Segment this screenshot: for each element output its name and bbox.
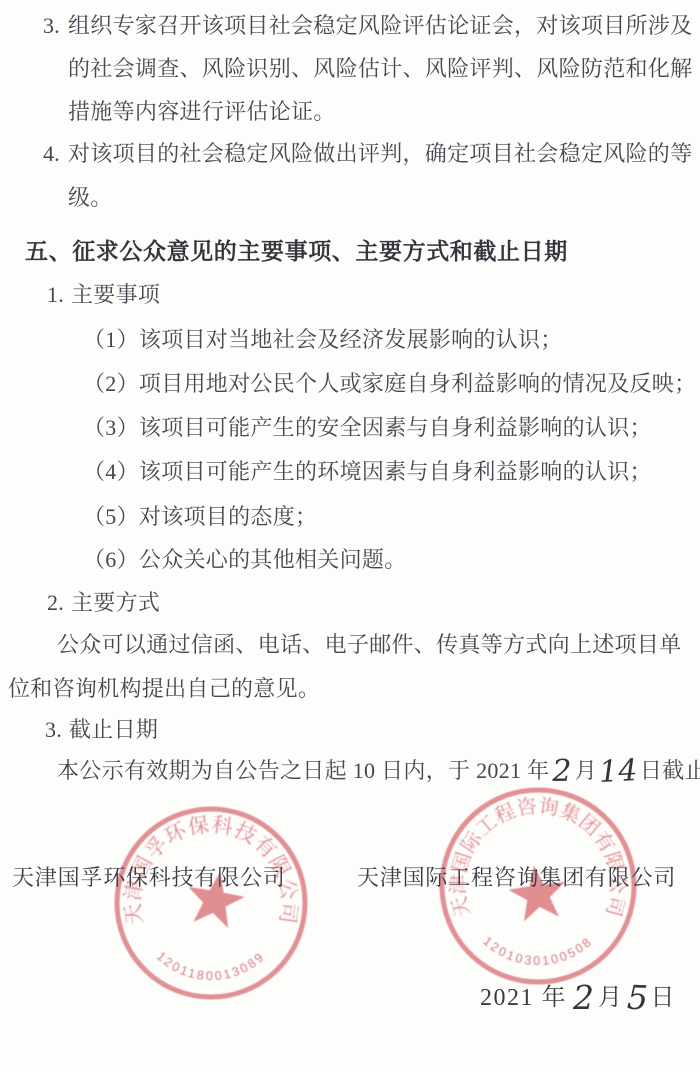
point-3: （3）该项目可能产生的安全因素与自身利益影响的认识； — [83, 414, 652, 442]
document-page: 3.组织专家召开该项目社会稳定风险评估论证会，对该项目所涉及 的社会调查、风险识… — [0, 0, 700, 1072]
list-item-text: 对该项目的社会稳定风险做出评判，确定项目社会稳定风险的等 — [68, 141, 692, 166]
list-item-text: 组织专家召开该项目社会稳定风险评估论证会，对该项目所涉及 — [68, 13, 692, 38]
list-marker: 1. — [47, 281, 71, 309]
point-5: （5）对该项目的态度； — [83, 503, 317, 531]
point-6: （6）公众关心的其他相关问题。 — [83, 546, 407, 574]
list-marker: 3. — [43, 12, 68, 40]
point-4: （4）该项目可能产生的环境因素与自身利益影响的认识； — [83, 458, 652, 486]
list-marker: 2. — [47, 589, 71, 617]
month-label: 月 — [598, 985, 624, 1011]
seal-serial-number: 1201180013089 — [154, 949, 268, 983]
list-item-3-line2: 的社会调查、风险识别、风险估计、风险评判、风险防范和化解 — [68, 55, 692, 83]
point-2: （2）项目用地对公民个人或家庭自身利益影响的情况及反映； — [83, 370, 696, 398]
sub-item-title: 截止日期 — [69, 717, 158, 742]
sub-item-title: 主要事项 — [71, 282, 160, 307]
list-item-4-line1: 4.对该项目的社会稳定风险做出评判，确定项目社会稳定风险的等 — [43, 140, 692, 168]
list-marker: 3. — [45, 716, 69, 744]
left-company-name: 天津国孚环保科技有限公司 — [12, 861, 286, 892]
svg-text:1201030100508: 1201030100508 — [480, 934, 595, 968]
date-year: 2021 年 — [480, 985, 567, 1011]
right-company-name: 天津国际工程咨询集团有限公司 — [357, 861, 676, 892]
list-marker: 4. — [43, 140, 68, 168]
seal-serial-number: 1201030100508 — [480, 934, 595, 968]
list-item-3-line1: 3.组织专家召开该项目社会稳定风险评估论证会，对该项目所涉及 — [43, 12, 692, 40]
paragraph-line1: 公众可以通过信函、电话、电子邮件、传真等方式向上述项目单 — [57, 631, 681, 659]
sub-item-3: 3.截止日期 — [45, 716, 158, 744]
point-1: （1）该项目对当地社会及经济发展影响的认识； — [83, 326, 563, 354]
left-company-seal: 天津国孚环保科技有限公司 1201180013089 — [104, 796, 318, 1010]
handwritten-day: 5 — [627, 998, 648, 999]
deadline-suffix: 日截止。 — [640, 758, 700, 783]
paragraph-line2: 位和咨询机构提出自己的意见。 — [8, 675, 320, 703]
sub-item-2: 2.主要方式 — [47, 589, 160, 617]
signature-date: 2021 年2月5日 — [480, 977, 676, 1012]
handwritten-day: 14 — [599, 771, 638, 773]
list-item-4-line2: 级。 — [68, 184, 113, 212]
day-label: 日 — [651, 985, 677, 1011]
svg-text:1201180013089: 1201180013089 — [154, 949, 268, 983]
sub-item-1: 1.主要事项 — [47, 281, 160, 309]
list-item-3-line3: 措施等内容进行评估论证。 — [68, 98, 336, 126]
sub-item-title: 主要方式 — [71, 590, 160, 615]
section-heading: 五、征求公众意见的主要事项、主要方式和截止日期 — [25, 233, 568, 266]
